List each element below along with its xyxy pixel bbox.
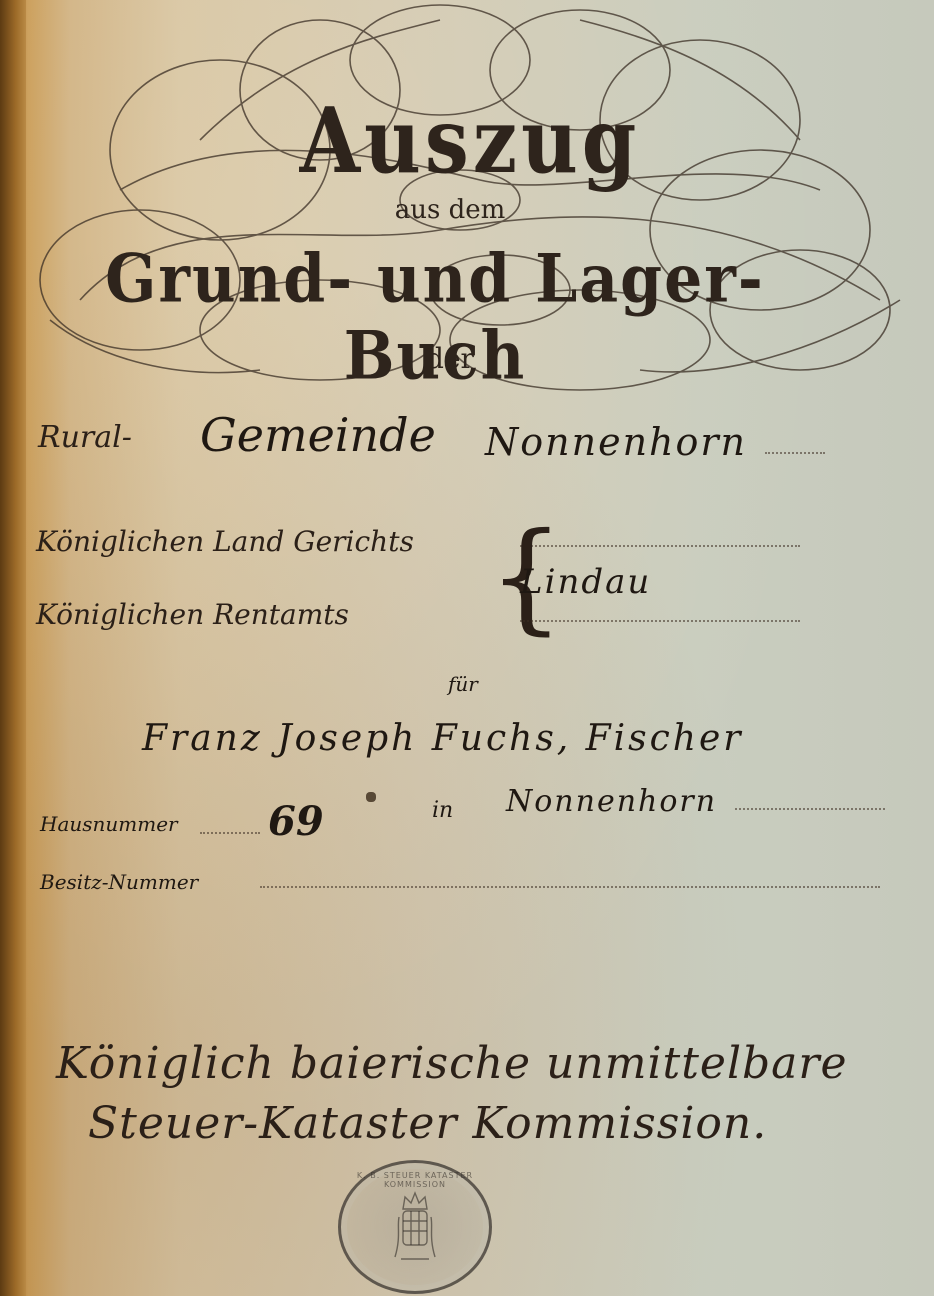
location-prefix: in bbox=[432, 798, 453, 823]
issuer-line-2: Steuer-Kataster Kommission. bbox=[88, 1098, 767, 1149]
official-seal: K. B. STEUER KATASTER KOMMISSION bbox=[338, 1160, 492, 1294]
document-page: Auszug aus dem Grund- und Lager-Buch der… bbox=[0, 0, 934, 1296]
tax-office-label: Königlichen Rentamts bbox=[36, 598, 349, 631]
house-location: Nonnenhorn bbox=[506, 784, 717, 819]
document-title: Auszug bbox=[260, 89, 680, 194]
ink-stain bbox=[366, 792, 376, 802]
municipality-label: Gemeinde bbox=[200, 408, 436, 462]
property-number-label: Besitz-Nummer bbox=[40, 870, 198, 894]
tax-office-dotted-line bbox=[520, 620, 800, 622]
court-office-value: Lindau bbox=[520, 562, 651, 602]
for-label: für bbox=[448, 672, 478, 696]
municipality-value: Nonnenhorn bbox=[485, 420, 747, 464]
municipality-label-prefix: Rural- bbox=[38, 420, 132, 455]
owner-name: Franz Joseph Fuchs, Fischer bbox=[142, 718, 744, 759]
article-der: der bbox=[410, 342, 490, 375]
municipality-dotted-line bbox=[765, 452, 825, 454]
issuer-line-1: Königlich baierische unmittelbare bbox=[56, 1038, 847, 1089]
document-subtitle: aus dem bbox=[340, 195, 560, 225]
house-number-dotted-line bbox=[200, 832, 260, 834]
district-court-label: Königlichen Land Gerichts bbox=[36, 525, 414, 558]
property-number-dotted-line bbox=[260, 886, 880, 888]
house-number-value: 69 bbox=[268, 798, 324, 845]
house-number-label: Hausnummer bbox=[40, 812, 178, 836]
crown-coat-of-arms-icon bbox=[391, 1187, 439, 1271]
location-dotted-line bbox=[735, 808, 885, 810]
